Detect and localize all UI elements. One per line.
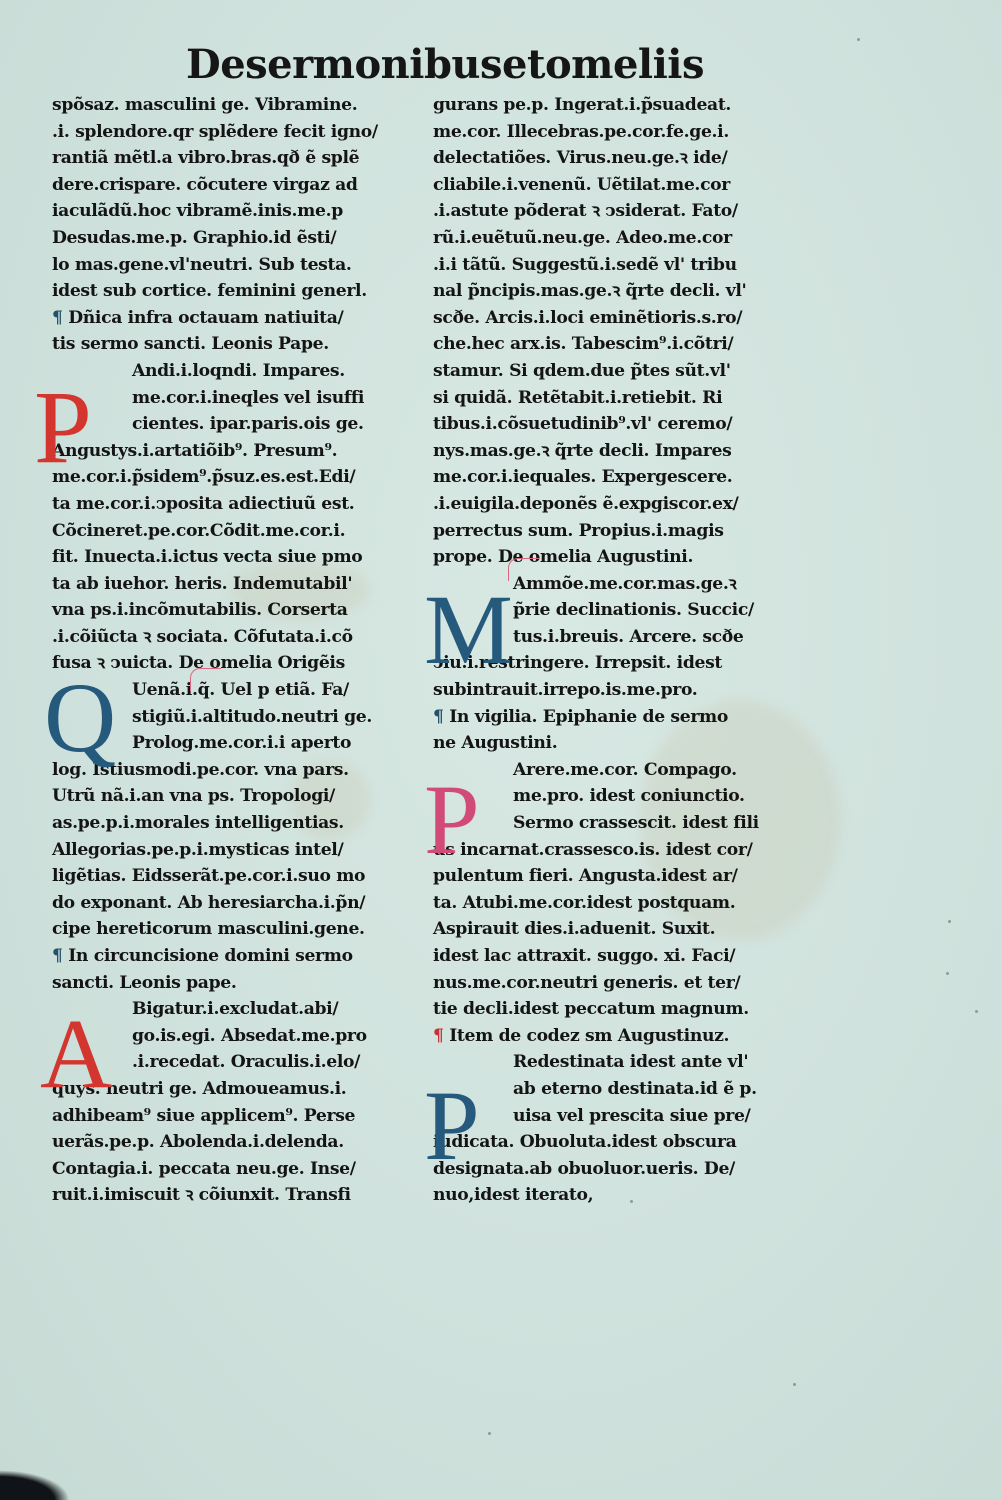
text-line: .i.cõiũcta ꝛ sociata. Cõfutata.i.cõ [52, 624, 412, 651]
text-line: ta ab iuehor. heris. Indemutabil' [52, 571, 412, 598]
text-line: Redestinata idest ante vl' [433, 1049, 805, 1076]
rubric-heading: ne Augustini. [433, 730, 805, 757]
page-corner-shadow [0, 1470, 70, 1500]
text-line: Andi.i.loqndi. Impares. [52, 358, 412, 385]
text-line: .i.astute põderat ꝛ ↄsiderat. Fato/ [433, 198, 805, 225]
text-line: nus.me.cor.neutri generis. et ter/ [433, 970, 805, 997]
rubric-heading: ¶ In vigilia. Epiphanie de sermo [433, 704, 805, 731]
text-line: us incarnat.crassesco.is. idest cor/ [433, 837, 805, 864]
dust-speck [630, 1200, 633, 1203]
text-line: Sermo crassescit. idest fili [433, 810, 805, 837]
paragraph-mark-icon: ¶ [433, 707, 444, 727]
text-line: ta. Atubi.me.cor.idest postquam. [433, 890, 805, 917]
text-line: me.pro. idest coniunctio. [433, 783, 805, 810]
text-line: .i.euigila.deponẽs ẽ.expgiscor.ex/ [433, 491, 805, 518]
text-line: idest sub cortice. feminini generl. [52, 278, 412, 305]
rubric-heading: ¶ In circuncisione domini sermo [52, 943, 412, 970]
decorated-initial-p: P [424, 770, 480, 870]
text-line: Aspirauit dies.i.aduenit. Suxit. [433, 916, 805, 943]
text-line: me.cor.i.ineqles vel isuffi [52, 385, 412, 412]
text-line: cientes. ipar.paris.ois ge. [52, 411, 412, 438]
dust-speck [857, 38, 860, 41]
text-line: gurans pe.p. Ingerat.i.p̃suadeat. [433, 92, 805, 119]
text-line: ta me.cor.i.ↄposita adiectiuũ est. [52, 491, 412, 518]
text-line: rantiã mẽtl.a vibro.bras.qð ẽ splẽ [52, 145, 412, 172]
paragraph-mark-icon: ¶ [433, 1026, 444, 1046]
text-line: fit. Inuecta.i.ictus vecta siue pmo [52, 544, 412, 571]
text-line: iudicata. Obuoluta.idest obscura [433, 1129, 805, 1156]
text-line: Cõcineret.pe.cor.Cõdit.me.cor.i. [52, 518, 412, 545]
text-line: uerãs.pe.p. Abolenda.i.delenda. [52, 1129, 412, 1156]
manuscript-page: Desermonibusetomeliis spõsaz. masculini … [0, 0, 1002, 1500]
rubric-heading: tis sermo sancti. Leonis Pape. [52, 331, 412, 358]
text-line: Utrũ nã.i.an vna ps. Tropologi/ [52, 783, 412, 810]
decorated-initial-m: M [424, 580, 513, 680]
running-head: Desermonibusetomeliis [186, 40, 666, 90]
text-line: Allegorias.pe.p.i.mysticas intel/ [52, 837, 412, 864]
text-line: designata.ab obuoluor.ueris. De/ [433, 1156, 805, 1183]
text-line: delectatiões. Virus.neu.ge.ꝛ ide/ [433, 145, 805, 172]
text-line: cipe hereticorum masculini.gene. [52, 916, 412, 943]
text-line: stamur. Si qdem.due p̃tes sũt.vl' [433, 358, 805, 385]
text-line: iaculãdũ.hoc vibramẽ.inis.me.p [52, 198, 412, 225]
text-line: cliabile.i.venenũ. Uẽtilat.me.cor [433, 172, 805, 199]
text-line: pulentum fieri. Angusta.idest ar/ [433, 863, 805, 890]
text-line: scðe. Arcis.i.loci eminẽtioris.s.ro/ [433, 305, 805, 332]
text-line: ruit.i.imiscuit ꝛ cõiunxit. Transfi [52, 1182, 412, 1209]
paragraph-mark-icon: ¶ [52, 308, 63, 328]
text-line: dere.crispare. cõcutere virgaz ad [52, 172, 412, 199]
text-line: nuo,idest iterato, [433, 1182, 805, 1209]
decorated-initial-p: P [34, 376, 92, 480]
text-line: spõsaz. masculini ge. Vibramine. [52, 92, 412, 119]
text-line: me.cor. Illecebras.pe.cor.fe.ge.i. [433, 119, 805, 146]
rubric-heading: sancti. Leonis pape. [52, 970, 412, 997]
text-line: tibus.i.cõsuetudinib⁹.vl' ceremo/ [433, 411, 805, 438]
text-line: idest lac attraxit. suggo. xi. Faci/ [433, 943, 805, 970]
decorated-initial-p: P [424, 1076, 480, 1176]
text-line: Angustys.i.artatiõib⁹. Presum⁹. [52, 438, 412, 465]
text-line: me.cor.i.p̃sidem⁹.p̃suz.es.est.Edi/ [52, 464, 412, 491]
text-line: me.cor.i.iequales. Expergescere. [433, 464, 805, 491]
text-line: ab eterno destinata.id ẽ p. [433, 1076, 805, 1103]
dust-speck [793, 1383, 796, 1386]
text-line: do exponant. Ab heresiarcha.i.p̃n/ [52, 890, 412, 917]
dust-speck [488, 1432, 491, 1435]
text-line: rũ.i.euẽtuũ.neu.ge. Adeo.me.cor [433, 225, 805, 252]
decorated-initial-a: A [40, 1004, 112, 1104]
rubric-bracket-mark [190, 668, 221, 691]
decorated-initial-q: Q [44, 668, 116, 768]
text-line: ligẽtias. Eidsserãt.pe.cor.i.suo mo [52, 863, 412, 890]
text-line: tie decli.idest peccatum magnum. [433, 996, 805, 1023]
text-line: as.pe.p.i.morales intelligentias. [52, 810, 412, 837]
text-line: .i.i tãtũ. Suggestũ.i.sedẽ vl' tribu [433, 252, 805, 279]
text-line: nys.mas.ge.ꝛ q̃rte decli. Impares [433, 438, 805, 465]
text-line: perrectus sum. Propius.i.magis [433, 518, 805, 545]
dust-speck [975, 1010, 978, 1013]
text-line: vna ps.i.incõmutabilis. Corserta [52, 597, 412, 624]
rubric-heading: ¶ Dñica infra octauam natiuita/ [52, 305, 412, 332]
text-line: .i. splendore.qr splẽdere fecit igno/ [52, 119, 412, 146]
paragraph-mark-icon: ¶ [52, 946, 63, 966]
text-line: Desudas.me.p. Graphio.id ẽsti/ [52, 225, 412, 252]
text-line: lo mas.gene.vl'neutri. Sub testa. [52, 252, 412, 279]
text-line: si quidã. Retẽtabit.i.retiebit. Ri [433, 385, 805, 412]
text-line: uisa vel prescita siue pre/ [433, 1103, 805, 1130]
text-line: Contagia.i. peccata neu.ge. Inse/ [52, 1156, 412, 1183]
text-line: che.hec arx.is. Tabescim⁹.i.cõtri/ [433, 331, 805, 358]
dust-speck [946, 972, 949, 975]
rubric-bracket-mark [508, 558, 539, 581]
rubric-heading: ¶ Item de codez sm Augustinuz. [433, 1023, 805, 1050]
dust-speck [948, 920, 951, 923]
text-line: nal p̃ncipis.mas.ge.ꝛ q̃rte decli. vl' [433, 278, 805, 305]
text-line: prope. De omelia Augustini. [433, 544, 805, 571]
text-line: Arere.me.cor. Compago. [433, 757, 805, 784]
